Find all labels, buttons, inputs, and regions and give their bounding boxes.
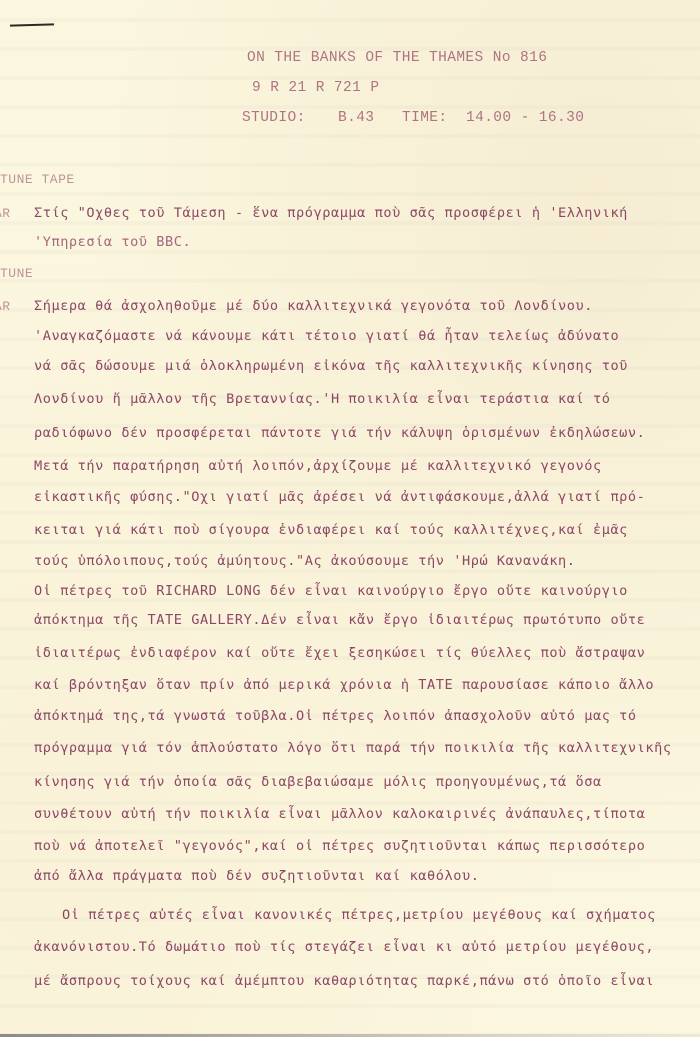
script-line: ραδιόφωνο δέν προσφέρεται πάντοτε γιά τή… [34,425,645,441]
script-line: κειται γιά κάτι ποὺ σίγουρα ἐνδιαφέρει κ… [34,522,628,538]
script-line: μέ ἄσπρους τοίχους καί ἀμέμπτου καθαριότ… [34,973,654,989]
script-line: 'Υπηρεσία τοῦ BBC. [34,234,191,250]
cue-tune-tape: TUNE TAPE [0,172,75,187]
corner-pen-mark [10,23,54,26]
script-line: Στίς "Οχθες τοῦ Τάμεση - ἕνα πρόγραμμα π… [34,205,628,221]
script-line: 'Αναγκαζόμαστε νά κάνουμε κάτι τέτοιο γι… [34,328,619,344]
script-line: συνθέτουν αὐτή τήν ποικιλία εἶναι μᾶλλον… [34,806,645,822]
script-line: καί βρόντηξαν ὅταν πρίν ἀπό μερικά χρόνι… [34,677,654,693]
script-line: πρόγραμμα γιά τόν ἁπλούστατο λόγο ὅτι πα… [34,740,672,756]
script-line: ἰδιαιτέρως ἐνδιαφέρον καί οὔτε ἔχει ξεση… [34,645,645,661]
time-label: TIME: [402,110,448,126]
script-line: ἀκανόνιστου.Τό δωμάτιο ποὺ τίς στεγάζει … [34,939,654,955]
script-line: Μετά τήν παρατήρηση αὐτή λοιπόν,ἀρχίζουμ… [34,458,602,474]
script-line: νά σᾶς δώσουμε μιά ὁλοκληρωμένη εἰκόνα τ… [34,358,628,374]
script-line: τούς ὑπόλοιπους,τούς ἀμύητους."Ας ἀκούσο… [34,553,576,569]
document-page: ON THE BANKS OF THE THAMES No 816 9 R 21… [0,0,700,1037]
script-line: ποὺ νά ἀποτελεῖ "γεγονός",καί οἱ πέτρες … [34,838,645,854]
script-line: εἰκαστικῆς φύσης."Οχι γιατί μᾶς ἀρέσει ν… [34,489,645,505]
script-line: Οἱ πέτρες τοῦ RICHARD LONG δέν εἶναι και… [34,583,628,599]
script-line: ἀπό ἄλλα πράγματα ποὺ δέν συζητιοῦνται κ… [34,868,479,884]
cue-tune: TUNE [0,266,33,281]
cue-announcer-2: AR [0,299,11,314]
studio-label: STUDIO: [242,110,306,126]
studio-value: B.43 [338,110,374,126]
script-line: Οἱ πέτρες αὐτές εἶναι κανονικές πέτρες,μ… [62,907,656,923]
script-line: κίνησης γιά τήν ὁποία σᾶς διαβεβαιώσαμε … [34,774,602,790]
script-line: Λονδίνου ἤ μᾶλλον τῆς Βρεταννίας.'Η ποικ… [34,391,610,407]
time-value: 14.00 - 16.30 [466,110,584,126]
programme-code: 9 R 21 R 721 P [252,80,379,96]
script-line: ἀπόκτημά της,τά γνωστά τοῦβλα.Οἱ πέτρες … [34,708,637,724]
script-line: Σήμερα θά ἀσχοληθοῦμε μέ δύο καλλιτεχνικ… [34,298,593,314]
script-line: ἀπόκτημα τῆς TATE GALLERY.Δέν εἶναι κἄν … [34,612,645,628]
programme-title: ON THE BANKS OF THE THAMES No 816 [247,50,547,66]
cue-announcer-1: AR [0,206,11,221]
